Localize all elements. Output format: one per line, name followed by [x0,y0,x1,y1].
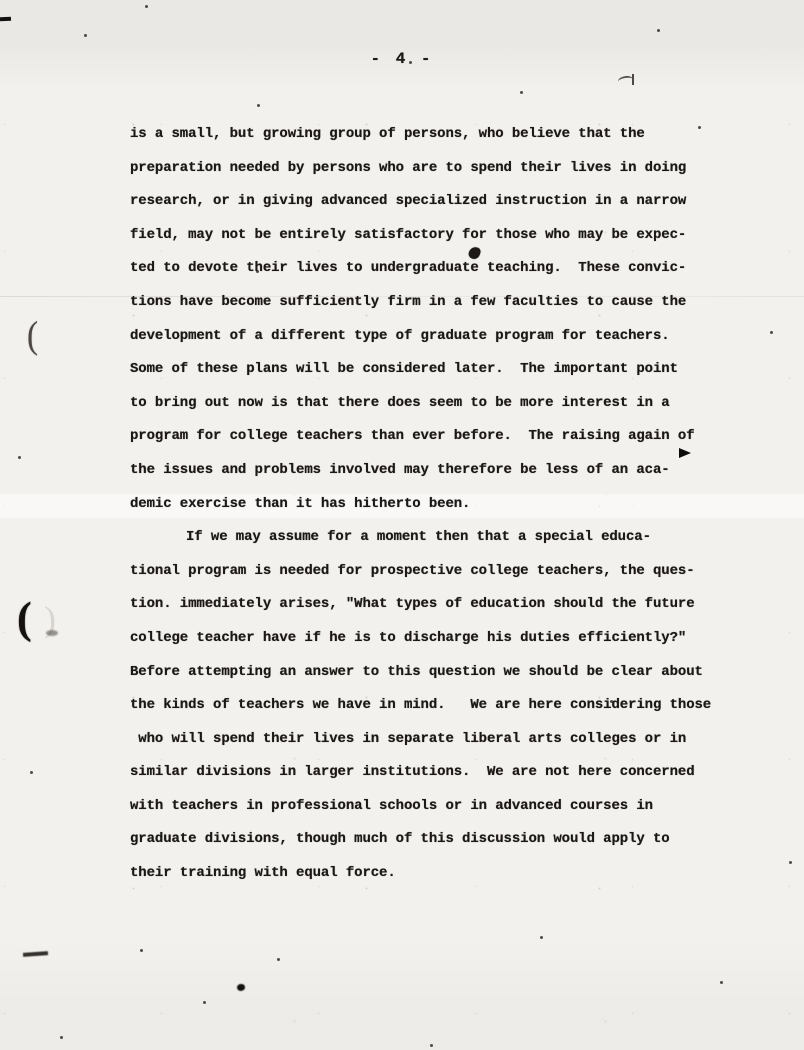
scan-speck [770,331,773,334]
text-line: tion. immediately arises, "What types of… [130,588,730,622]
scan-speck [256,270,259,273]
text-line: research, or in giving advanced speciali… [130,185,730,219]
arrow-annotation-mark [679,448,691,458]
scan-speck [698,126,701,129]
text-line: the issues and problems involved may the… [130,454,730,488]
scan-speck [203,1001,206,1004]
text-line: program for college teachers than ever b… [130,420,730,454]
scan-speck [520,91,523,94]
text-line: Some of these plans will be considered l… [130,353,730,387]
pen-mark-smudge [46,630,58,636]
scan-speck [657,29,660,32]
text-block: is a small, but growing group of persons… [130,118,730,891]
pen-mark-paren-lower: ( [17,591,32,643]
text-line: field, may not be entirely satisfactory … [130,219,730,253]
scanned-document-page: - 4 - is a small, but growing group of p… [0,0,804,1050]
text-line: who will spend their lives in separate l… [130,723,730,757]
scan-speck [30,771,33,774]
scan-speck [140,949,143,952]
scan-speck [18,456,21,459]
text-line: ted to devote their lives to undergradua… [130,252,730,286]
scan-speck [257,104,260,107]
pen-mark-paren-upper: ( [27,315,38,358]
text-line: their training with equal force. [130,857,730,891]
scan-speck [145,5,148,8]
scan-ink-dot [237,984,245,991]
text-line: Before attempting an answer to this ques… [130,656,730,690]
scan-speck [60,1036,63,1039]
text-line: graduate divisions, though much of this … [130,823,730,857]
text-line: If we may assume for a moment then that … [130,521,730,555]
scan-speck [430,1044,433,1047]
scan-speck [789,861,792,864]
text-line: demic exercise than it has hitherto been… [130,488,730,522]
page-number: - 4 - [0,50,804,68]
text-line: with teachers in professional schools or… [130,790,730,824]
text-line: is a small, but growing group of persons… [130,118,730,152]
text-line: the kinds of teachers we have in mind. W… [130,689,730,723]
text-line: to bring out now is that there does seem… [130,387,730,421]
scan-speck [409,61,412,64]
scan-speck [720,981,723,984]
text-line: college teacher have if he is to dischar… [130,622,730,656]
text-line: development of a different type of gradu… [130,320,730,354]
scan-speck [540,936,543,939]
scan-speck [277,958,280,961]
text-line: preparation needed by persons who are to… [130,152,730,186]
scan-edge-mark [0,17,11,22]
scan-smudge [23,951,48,957]
stray-squiggle-mark [632,74,634,85]
scan-speck [84,34,87,37]
text-line: tions have become sufficiently firm in a… [130,286,730,320]
scan-speck [610,700,613,703]
text-line: similar divisions in larger institutions… [130,756,730,790]
paragraph: is a small, but growing group of persons… [130,118,730,521]
paragraph: If we may assume for a moment then that … [130,521,730,891]
text-line: tional program is needed for prospective… [130,555,730,589]
